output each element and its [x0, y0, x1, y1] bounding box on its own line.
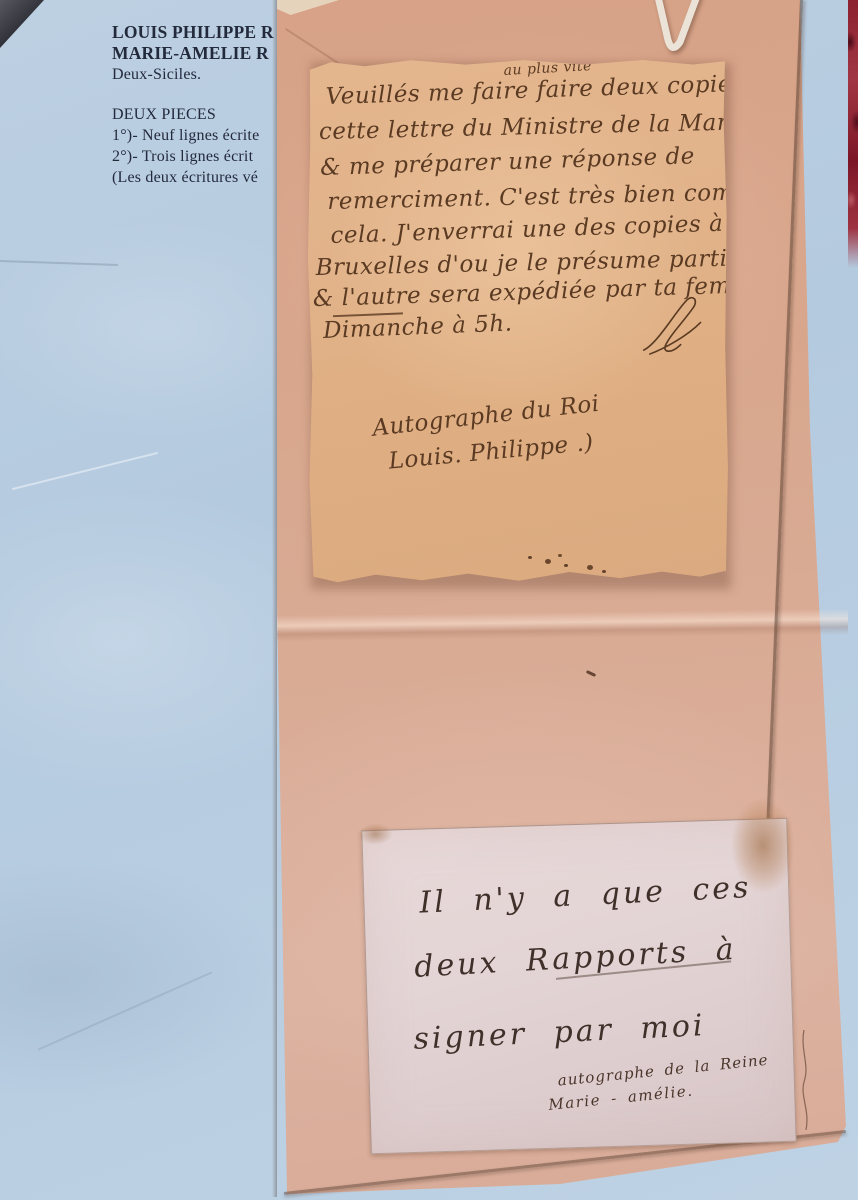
blue-sheet-crease [38, 971, 212, 1050]
king-autograph-note: au plus vite Veuillés me faire faire deu… [306, 56, 730, 586]
glue-stain [358, 822, 393, 845]
note-line: remerciment. C'est très bien comme [327, 179, 770, 215]
queen-autograph-card: Il n'y a que ces deux Rapports à signer … [361, 818, 796, 1154]
card-line: Il n'y a que ces [419, 870, 753, 921]
paperclip [640, 0, 712, 70]
photograph-of-documents: LOUIS PHILIPPE R MARIE-AMELIE R Deux-Sic… [0, 0, 858, 1200]
ink-specks [528, 556, 532, 559]
note-line: cette lettre du Ministre de la Marine [319, 109, 766, 145]
card-line: signer par moi [413, 1008, 707, 1057]
table-surface-edge [848, 0, 858, 268]
note-line: & me préparer une réponse de [320, 143, 695, 181]
blue-sheet-crease [12, 452, 158, 490]
blue-sheet-crease [0, 260, 118, 266]
note-line: cela. J'enverrai une des copies à [330, 211, 723, 249]
table-surface-corner [0, 0, 44, 48]
paraph-flourish [635, 292, 705, 358]
